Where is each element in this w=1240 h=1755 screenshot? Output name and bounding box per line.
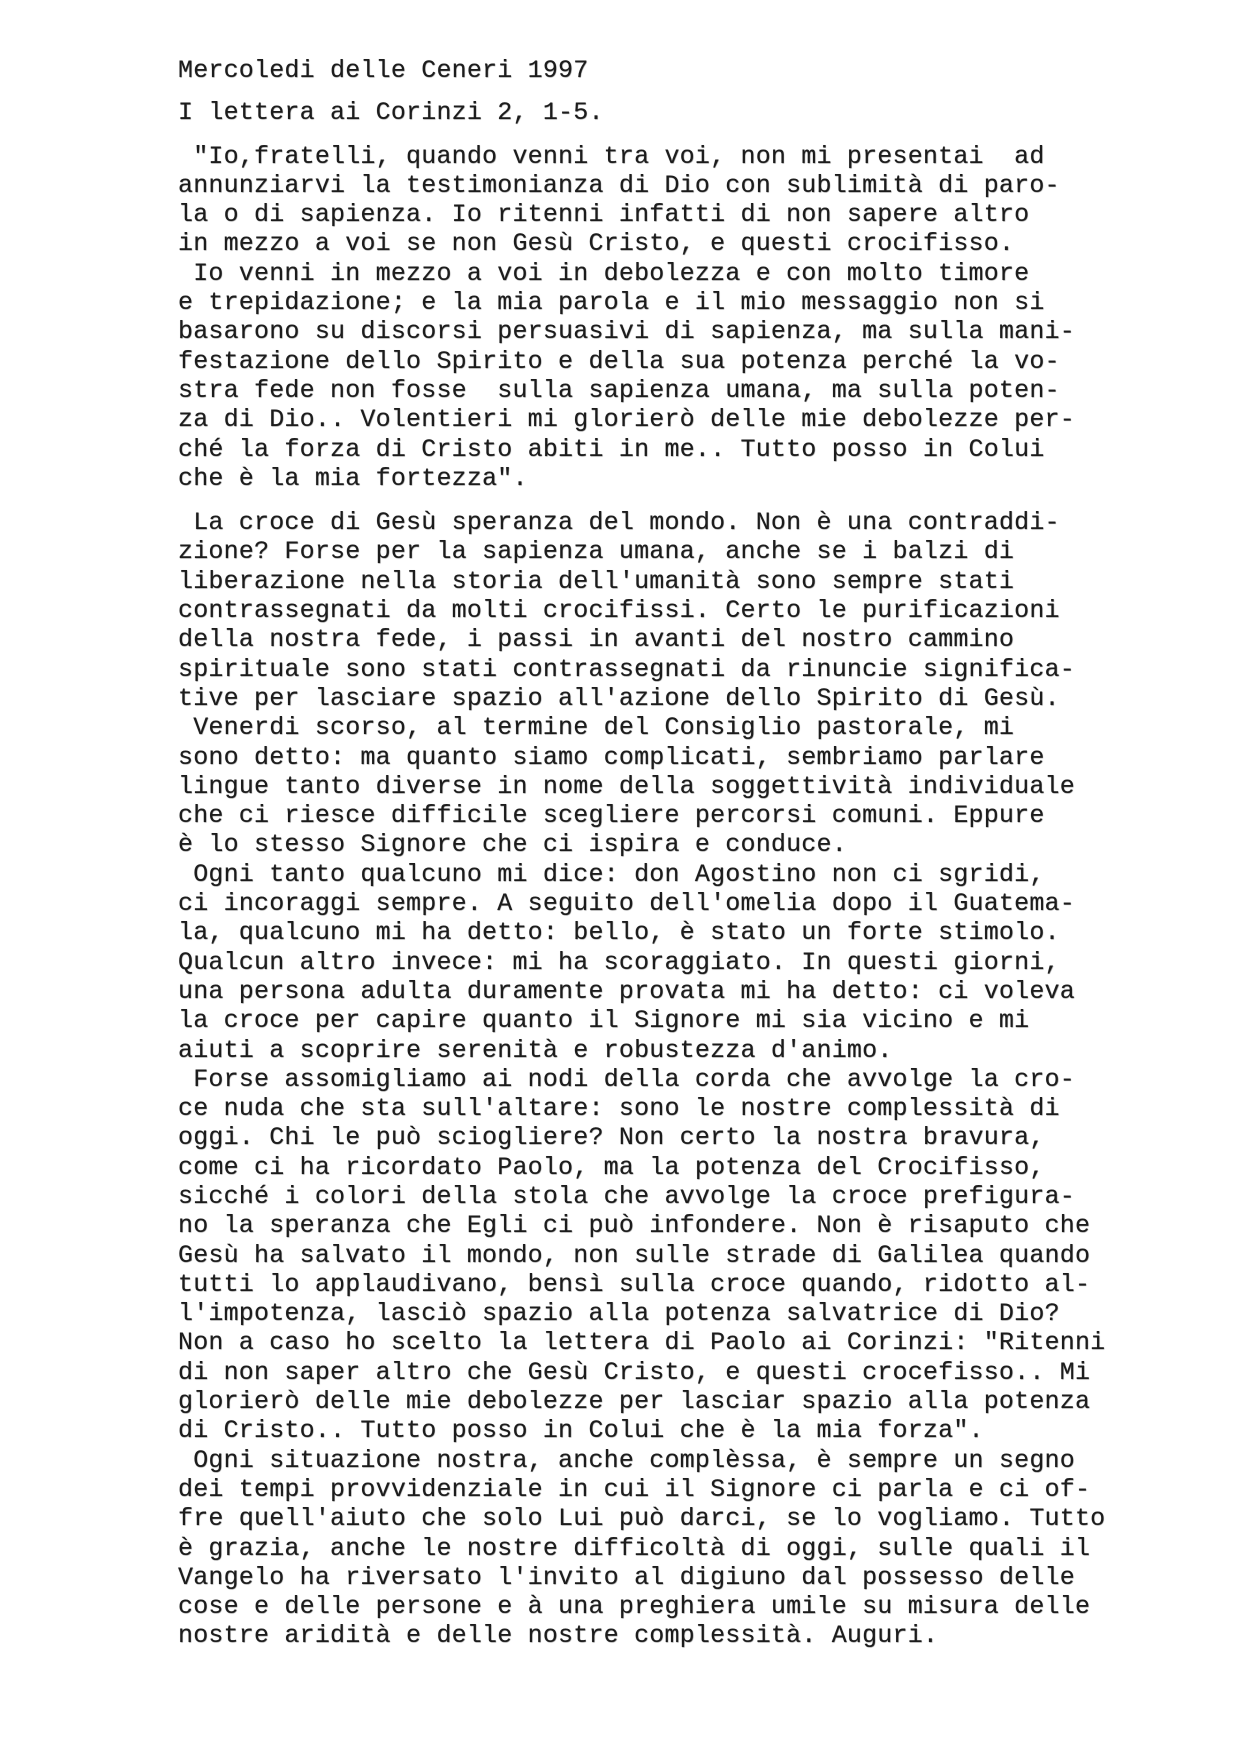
text-line: di Cristo.. Tutto posso in Colui che è l… xyxy=(178,1416,1138,1445)
text-line: la, qualcuno mi ha detto: bello, è stato… xyxy=(178,918,1138,947)
text-line: Vangelo ha riversato l'invito al digiuno… xyxy=(178,1563,1138,1592)
text-line: La croce di Gesù speranza del mondo. Non… xyxy=(178,508,1138,537)
text-line: sono detto: ma quanto siamo complicati, … xyxy=(178,743,1138,772)
text-line: Io venni in mezzo a voi in debolezza e c… xyxy=(178,259,1138,288)
text-line: fre quell'aiuto che solo Lui può darci, … xyxy=(178,1504,1138,1533)
document-body: "Io,fratelli, quando venni tra voi, non … xyxy=(178,142,1138,1651)
paragraph: "Io,fratelli, quando venni tra voi, non … xyxy=(178,142,1138,259)
text-line: la croce per capire quanto il Signore mi… xyxy=(178,1006,1138,1035)
paragraph: Ogni tanto qualcuno mi dice: don Agostin… xyxy=(178,860,1138,1065)
text-line: no la speranza che Egli ci può infondere… xyxy=(178,1211,1138,1240)
text-line: tutti lo applaudivano, bensì sulla croce… xyxy=(178,1270,1138,1299)
text-line: ce nuda che sta sull'altare: sono le nos… xyxy=(178,1094,1138,1123)
text-line: Ogni tanto qualcuno mi dice: don Agostin… xyxy=(178,860,1138,889)
text-line: di non saper altro che Gesù Cristo, e qu… xyxy=(178,1358,1138,1387)
text-line: za di Dio.. Volentieri mi glorierò delle… xyxy=(178,405,1138,434)
text-line: oggi. Chi le può sciogliere? Non certo l… xyxy=(178,1123,1138,1152)
document-page: Mercoledi delle Ceneri 1997 I lettera ai… xyxy=(0,0,1240,1755)
paragraph: Io venni in mezzo a voi in debolezza e c… xyxy=(178,259,1138,493)
text-line: dei tempi provvidenziale in cui il Signo… xyxy=(178,1475,1138,1504)
text-line: sicché i colori della stola che avvolge … xyxy=(178,1182,1138,1211)
scripture-reference: I lettera ai Corinzi 2, 1-5. xyxy=(178,98,1138,127)
paragraph: Forse assomigliamo ai nodi della corda c… xyxy=(178,1065,1138,1446)
text-line: è grazia, anche le nostre difficoltà di … xyxy=(178,1534,1138,1563)
text-line: festazione dello Spirito e della sua pot… xyxy=(178,347,1138,376)
text-line: in mezzo a voi se non Gesù Cristo, e que… xyxy=(178,229,1138,258)
text-line: della nostra fede, i passi in avanti del… xyxy=(178,625,1138,654)
text-line: lingue tanto diverse in nome della sogge… xyxy=(178,772,1138,801)
text-line: la o di sapienza. Io ritenni infatti di … xyxy=(178,200,1138,229)
paragraph: Venerdi scorso, al termine del Consiglio… xyxy=(178,713,1138,859)
text-line: come ci ha ricordato Paolo, ma la potenz… xyxy=(178,1153,1138,1182)
text-line: contrassegnati da molti crocifissi. Cert… xyxy=(178,596,1138,625)
text-line: che ci riesce difficile scegliere percor… xyxy=(178,801,1138,830)
text-line: cose e delle persone e à una preghiera u… xyxy=(178,1592,1138,1621)
text-line: stra fede non fosse sulla sapienza umana… xyxy=(178,376,1138,405)
text-line: liberazione nella storia dell'umanità so… xyxy=(178,567,1138,596)
text-line: tive per lasciare spazio all'azione dell… xyxy=(178,684,1138,713)
paragraph: La croce di Gesù speranza del mondo. Non… xyxy=(178,508,1138,713)
document-content: Mercoledi delle Ceneri 1997 I lettera ai… xyxy=(178,56,1138,1651)
text-line: Qualcun altro invece: mi ha scoraggiato.… xyxy=(178,948,1138,977)
text-line: l'impotenza, lasciò spazio alla potenza … xyxy=(178,1299,1138,1328)
text-line: spirituale sono stati contrassegnati da … xyxy=(178,655,1138,684)
text-line: e trepidazione; e la mia parola e il mio… xyxy=(178,288,1138,317)
text-line: basarono su discorsi persuasivi di sapie… xyxy=(178,317,1138,346)
text-line: Venerdi scorso, al termine del Consiglio… xyxy=(178,713,1138,742)
text-line: una persona adulta duramente provata mi … xyxy=(178,977,1138,1006)
text-line: glorierò delle mie debolezze per lasciar… xyxy=(178,1387,1138,1416)
text-line: è lo stesso Signore che ci ispira e cond… xyxy=(178,830,1138,859)
text-line: Forse assomigliamo ai nodi della corda c… xyxy=(178,1065,1138,1094)
document-title: Mercoledi delle Ceneri 1997 xyxy=(178,56,1138,85)
text-line: ci incoraggi sempre. A seguito dell'omel… xyxy=(178,889,1138,918)
text-line: Ogni situazione nostra, anche complèssa,… xyxy=(178,1446,1138,1475)
text-line: nostre aridità e delle nostre complessit… xyxy=(178,1621,1138,1650)
text-line: annunziarvi la testimonianza di Dio con … xyxy=(178,171,1138,200)
text-line: che è la mia fortezza". xyxy=(178,464,1138,493)
text-line: aiuti a scoprire serenità e robustezza d… xyxy=(178,1036,1138,1065)
text-line: ché la forza di Cristo abiti in me.. Tut… xyxy=(178,435,1138,464)
paragraph: Ogni situazione nostra, anche complèssa,… xyxy=(178,1446,1138,1651)
text-line: "Io,fratelli, quando venni tra voi, non … xyxy=(178,142,1138,171)
text-line: zione? Forse per la sapienza umana, anch… xyxy=(178,537,1138,566)
text-line: Non a caso ho scelto la lettera di Paolo… xyxy=(178,1328,1138,1357)
text-line: Gesù ha salvato il mondo, non sulle stra… xyxy=(178,1241,1138,1270)
